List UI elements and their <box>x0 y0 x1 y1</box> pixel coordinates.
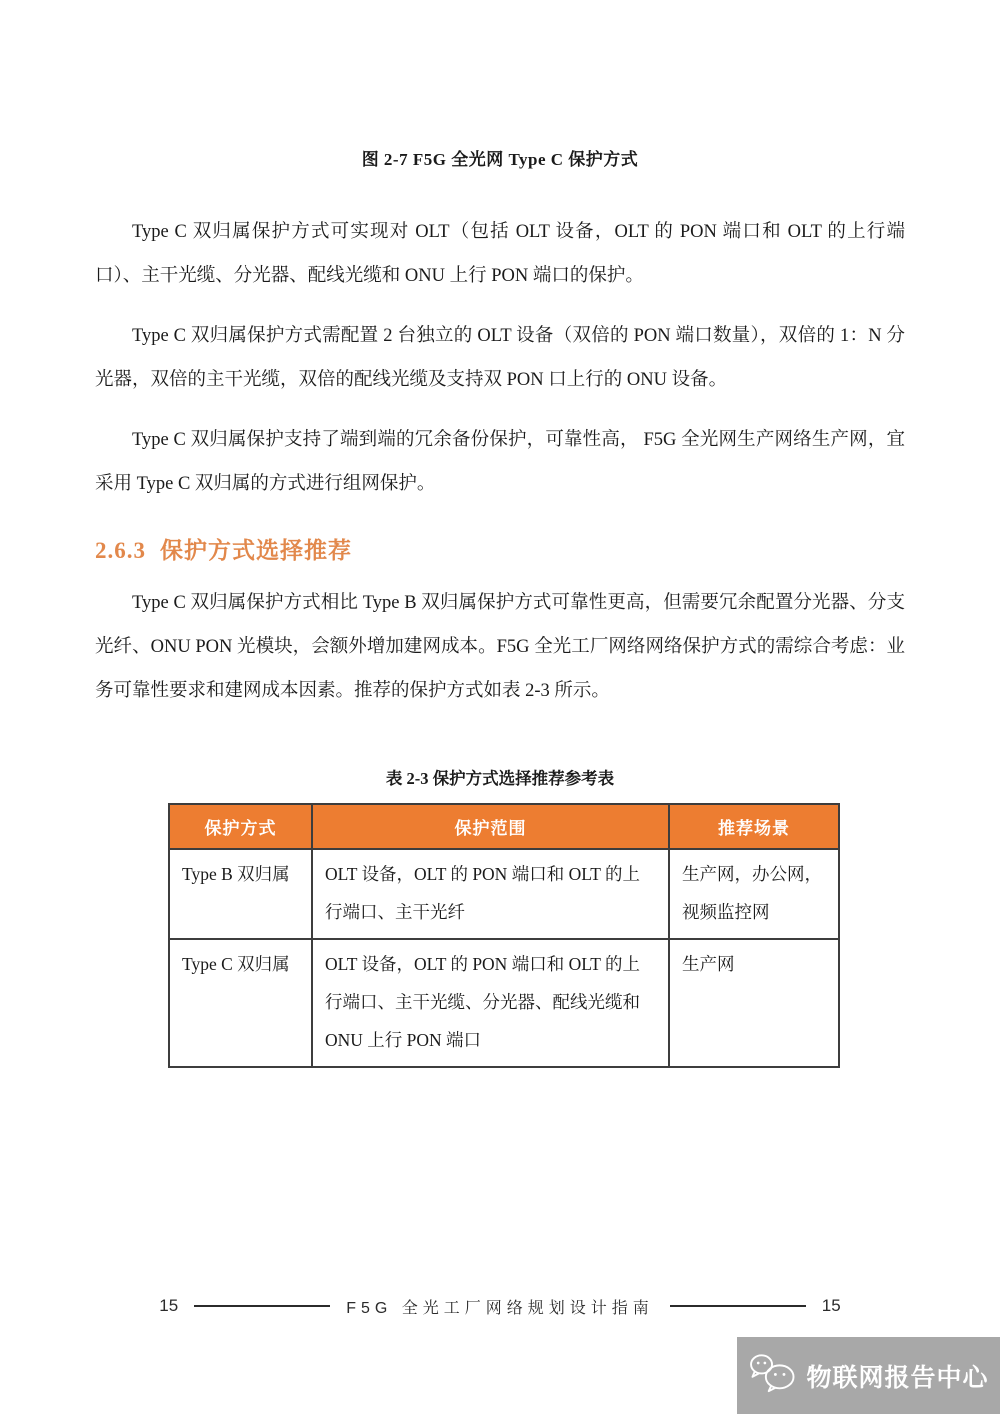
table-row: Type B 双归属 OLT 设备，OLT 的 PON 端口和 OLT 的上行端… <box>169 849 839 939</box>
section-title: 保护方式选择推荐 <box>160 538 352 563</box>
table-header-protection-mode: 保护方式 <box>169 804 312 849</box>
watermark-banner: 物联网报告中心 <box>737 1337 1000 1414</box>
protection-recommendation-table: 保护方式 保护范围 推荐场景 Type B 双归属 OLT 设备，OLT 的 P… <box>168 803 840 1068</box>
paragraph-3: Type C 双归属保护支持了端到端的冗余备份保护，可靠性高， F5G 全光网生… <box>95 418 905 506</box>
cell-type-c-mode: Type C 双归属 <box>169 939 312 1067</box>
table-header-row: 保护方式 保护范围 推荐场景 <box>169 804 839 849</box>
cell-type-c-scope: OLT 设备，OLT 的 PON 端口和 OLT 的上行端口、主干光缆、分光器、… <box>312 939 669 1067</box>
figure-caption: 图 2-7 F5G 全光网 Type C 保护方式 <box>95 145 905 170</box>
footer-doc-title: F5G 全光工厂网络规划设计指南 <box>346 1295 654 1318</box>
table-caption: 表 2-3 保护方式选择推荐参考表 <box>95 765 905 789</box>
cell-type-b-mode: Type B 双归属 <box>169 849 312 939</box>
footer-rule-left <box>194 1305 330 1307</box>
paragraph-1: Type C 双归属保护方式可实现对 OLT（包括 OLT 设备，OLT 的 P… <box>95 210 905 298</box>
paragraph-4: Type C 双归属保护方式相比 Type B 双归属保护方式可靠性更高，但需要… <box>95 581 905 713</box>
page-content: 图 2-7 F5G 全光网 Type C 保护方式 Type C 双归属保护方式… <box>95 0 905 1068</box>
table-header-recommended-scenario: 推荐场景 <box>669 804 839 849</box>
section-heading: 2.6.3保护方式选择推荐 <box>95 532 905 565</box>
cell-type-c-scenario: 生产网 <box>669 939 839 1067</box>
section-number: 2.6.3 <box>95 538 146 563</box>
footer-page-number-left: 15 <box>159 1296 178 1316</box>
watermark-text: 物联网报告中心 <box>806 1358 988 1394</box>
paragraph-2: Type C 双归属保护方式需配置 2 台独立的 OLT 设备（双倍的 PON … <box>95 314 905 402</box>
table-header-protection-scope: 保护范围 <box>312 804 669 849</box>
table-row: Type C 双归属 OLT 设备，OLT 的 PON 端口和 OLT 的上行端… <box>169 939 839 1067</box>
page-footer: 15 F5G 全光工厂网络规划设计指南 15 <box>95 1293 905 1319</box>
footer-page-number-right: 15 <box>822 1296 841 1316</box>
footer-rule-right <box>670 1305 806 1307</box>
document-page: 图 2-7 F5G 全光网 Type C 保护方式 Type C 双归属保护方式… <box>0 0 1000 1414</box>
cell-type-b-scope: OLT 设备，OLT 的 PON 端口和 OLT 的上行端口、主干光纤 <box>312 849 669 939</box>
wechat-icon <box>748 1352 798 1399</box>
cell-type-b-scenario: 生产网，办公网，视频监控网 <box>669 849 839 939</box>
